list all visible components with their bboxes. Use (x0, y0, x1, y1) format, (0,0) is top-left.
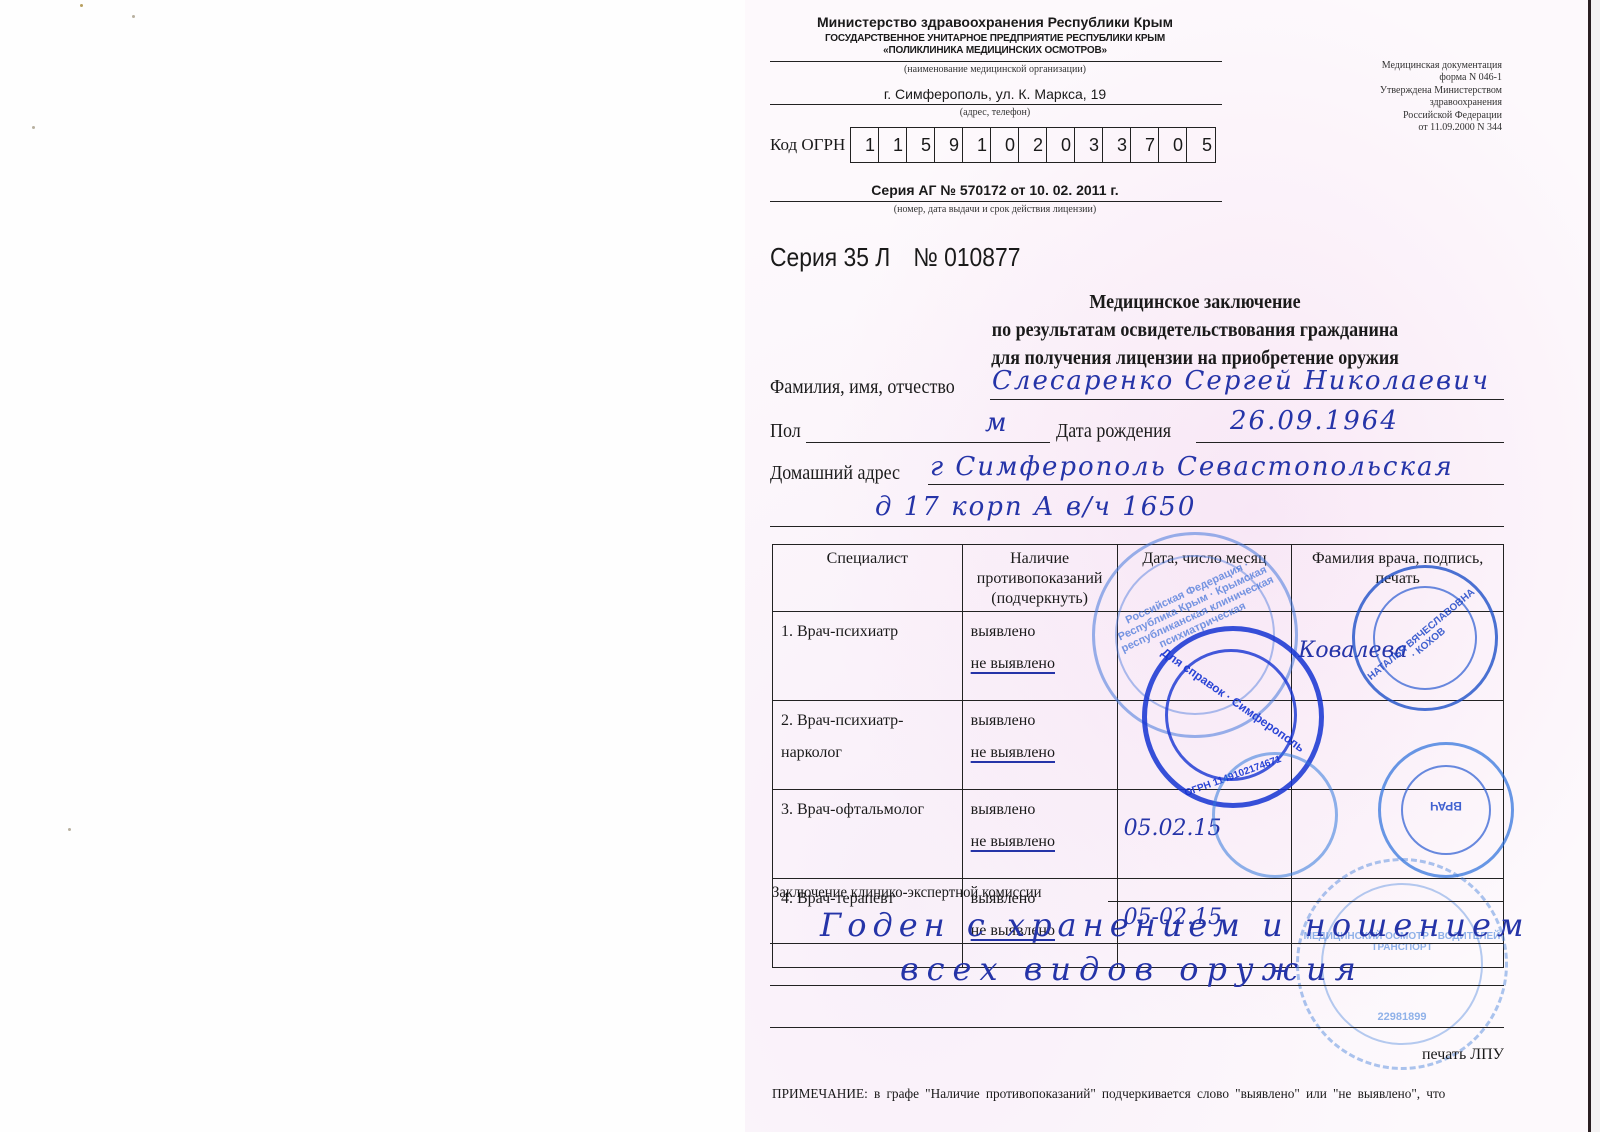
form-info-line: от 11.09.2000 N 344 (1330, 122, 1502, 134)
header-contraindications: Наличие противопоказаний (подчеркнуть) (962, 545, 1117, 612)
option-detected: выявлено (971, 705, 1117, 737)
organization-line-1: ГОСУДАРСТВЕННОЕ УНИТАРНОЕ ПРЕДПРИЯТИЕ РЕ… (770, 33, 1220, 44)
divider (770, 61, 1222, 62)
specialist-name: 1. Врач-психиатр (781, 616, 962, 648)
dob-value: 26.09.1964 (1230, 406, 1399, 436)
address-line-1 (928, 484, 1504, 485)
table-row: 1. Врач-психиатрвыявленоне выявленоКовал… (773, 612, 1504, 701)
organization-caption: (наименование медицинской организации) (770, 64, 1220, 75)
ogrn-digit: 9 (935, 128, 963, 162)
scan-speck (132, 15, 135, 18)
ogrn-digit: 1 (963, 128, 991, 162)
ogrn-digit: 5 (1187, 128, 1215, 162)
ogrn-digit: 3 (1103, 128, 1131, 162)
ogrn-digit: 2 (1019, 128, 1047, 162)
fio-label: Фамилия, имя, отчество (770, 376, 955, 399)
address-caption: (адрес, телефон) (770, 107, 1220, 118)
specialist-cell: 3. Врач-офтальмолог (773, 790, 963, 879)
organization-address: г. Симферополь, ул. К. Маркса, 19 (770, 86, 1220, 102)
document-serial: Серия 35 Л№ 010877 (770, 242, 1043, 273)
title-line-2: по результатам освидетельствования гражд… (894, 316, 1497, 344)
form-info-line: Утверждена Министерством (1330, 85, 1502, 97)
footnote: ПРИМЕЧАНИЕ: в графе "Наличие противопока… (772, 1087, 1469, 1103)
option-not-detected: не выявлено (971, 826, 1117, 858)
form-info-line: Медицинская документация (1330, 60, 1502, 72)
specialists-table: Специалист Наличие противопоказаний (под… (772, 544, 1504, 968)
ogrn-label: Код ОГРН (770, 135, 845, 155)
organization-line-2: «ПОЛИКЛИНИКА МЕДИЦИНСКИХ ОСМОТРОВ» (770, 45, 1220, 56)
form-info-line: здравоохранения (1330, 97, 1502, 109)
dob-label: Дата рождения (1056, 420, 1171, 443)
form-info-line: Российской Федерации (1330, 110, 1502, 122)
sex-value: м (985, 408, 1009, 438)
address-line-2 (770, 526, 1504, 527)
ogrn-digit: 1 (851, 128, 879, 162)
fio-line (990, 399, 1504, 400)
scan-speck (32, 126, 35, 129)
ogrn-digit: 3 (1075, 128, 1103, 162)
right-margin (1591, 0, 1600, 1132)
ministry-name: Министерство здравоохранения Республики … (770, 14, 1220, 30)
specialist-name-cont: нарколог (781, 737, 962, 769)
document-number: № 010877 (913, 242, 1020, 272)
doctor-cell (1292, 701, 1504, 790)
home-address-value-1: г Симферополь Севастопольская (930, 452, 1454, 482)
title-line-1: Медицинское заключение (894, 288, 1497, 316)
contraindication-cell: выявленоне выявлено (962, 790, 1117, 879)
table-row: 3. Врач-офтальмологвыявленоне выявлено05… (773, 790, 1504, 879)
date-cell: 05.02.15 (1117, 790, 1292, 879)
ogrn-digit: 0 (1047, 128, 1075, 162)
header-doctor: Фамилия врача, подпись, печать (1292, 545, 1504, 612)
option-not-detected: не выявлено (971, 737, 1117, 769)
seal-label: печать ЛПУ (1380, 1046, 1504, 1064)
table-row: 2. Врач-психиатр-наркологвыявленоне выяв… (773, 701, 1504, 790)
sex-line (806, 442, 1050, 443)
commission-line-0 (1108, 901, 1504, 902)
commission-value-1: Годен с хранением и ношением (820, 906, 1530, 944)
doctor-cell (1292, 790, 1504, 879)
sex-label: Пол (770, 420, 801, 443)
date-cell (1117, 612, 1292, 701)
commission-label: Заключение клинико-экспертной комиссии (772, 884, 1041, 902)
divider (770, 201, 1222, 202)
divider (770, 104, 1222, 105)
option-detected: выявлено (971, 616, 1117, 648)
header-date: Дата, число месяц (1117, 545, 1292, 612)
commission-line-3 (770, 1027, 1504, 1028)
doctor-cell: Ковалева (1292, 612, 1504, 701)
ogrn-digit: 1 (879, 128, 907, 162)
home-address-label: Домашний адрес (770, 462, 900, 485)
specialist-cell: 2. Врач-психиатр-нарколог (773, 701, 963, 790)
ogrn-digit: 0 (1159, 128, 1187, 162)
license-info: Серия АГ № 570172 от 10. 02. 2011 г. (770, 182, 1220, 198)
series-number: Серия 35 Л (770, 242, 890, 272)
header-specialist: Специалист (773, 545, 963, 612)
option-not-detected: не выявлено (971, 648, 1117, 680)
ogrn-digit: 7 (1131, 128, 1159, 162)
table-header: Специалист Наличие противопоказаний (под… (773, 545, 1504, 612)
option-detected: выявлено (971, 794, 1117, 826)
form-info-line: форма N 046-1 (1330, 72, 1502, 84)
date-cell (1117, 701, 1292, 790)
license-caption: (номер, дата выдачи и срок действия лице… (770, 204, 1220, 215)
document-title: Медицинское заключение по результатам ос… (894, 288, 1497, 372)
specialist-name: 2. Врач-психиатр- (781, 705, 962, 737)
fio-value: Слесаренко Сергей Николаевич (992, 366, 1490, 396)
commission-value-2: всех видов оружия (900, 950, 1364, 988)
dob-line (1196, 442, 1504, 443)
contraindication-cell: выявленоне выявлено (962, 701, 1117, 790)
ogrn-digit: 0 (991, 128, 1019, 162)
scan-speck (80, 4, 83, 7)
contraindication-cell: выявленоне выявлено (962, 612, 1117, 701)
scan-speck (68, 828, 71, 831)
home-address-value-2: д 17 корп А в/ч 1650 (875, 492, 1196, 522)
ogrn-code: 1159102033705 (850, 127, 1216, 163)
specialist-cell: 1. Врач-психиатр (773, 612, 963, 701)
form-info: Медицинская документацияформа N 046-1Утв… (1330, 60, 1502, 134)
ogrn-digit: 5 (907, 128, 935, 162)
blank-background (0, 0, 745, 1132)
specialist-name: 3. Врач-офтальмолог (781, 794, 962, 826)
